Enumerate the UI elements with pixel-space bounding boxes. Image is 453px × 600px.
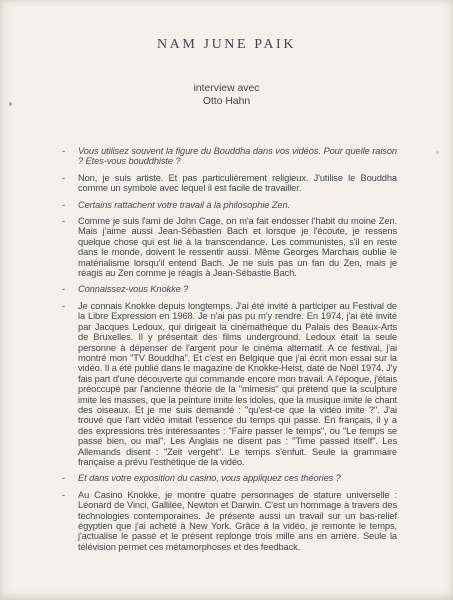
qa-question: - Certains rattachent votre travail à la…	[62, 200, 397, 210]
page-title: NAM JUNE PAIK	[0, 0, 453, 52]
subtitle-block: interview avec Otto Hahn	[0, 52, 453, 108]
qa-question-text: Connaissez-vous Knokke ?	[78, 284, 397, 294]
qa-answer: - Au Casino Knokke, je montre quatre per…	[62, 490, 397, 552]
qa-answer-text: Comme je suis l'ami de John Cage, on m'a…	[78, 216, 397, 278]
list-dash: -	[62, 216, 78, 278]
list-dash: -	[62, 301, 78, 468]
qa-answer: - Je connais Knokke depuis longtemps. J'…	[62, 301, 397, 468]
qa-question-text: Certains rattachent votre travail à la p…	[78, 200, 397, 210]
qa-answer-text: Non, je suis artiste. Et pas particulièr…	[78, 173, 397, 194]
qa-question: - Et dans votre exposition du casino, vo…	[62, 473, 397, 483]
qa-question-text: Et dans votre exposition du casino, vous…	[78, 473, 397, 483]
subtitle-author-name: Otto Hahn	[203, 96, 250, 107]
qa-question: - Connaissez-vous Knokke ?	[62, 284, 397, 294]
scanned-book-page: NAM JUNE PAIK interview avec Otto Hahn -…	[0, 0, 453, 600]
list-dash: -	[62, 473, 78, 483]
list-dash: -	[62, 490, 78, 552]
qa-answer: - Comme je suis l'ami de John Cage, on m…	[62, 216, 397, 278]
list-dash: -	[62, 173, 78, 194]
scan-dust-speck	[436, 151, 439, 154]
qa-answer-text: Au Casino Knokke, je montre quatre perso…	[78, 490, 397, 552]
list-dash: -	[62, 284, 78, 294]
interview-body: - Vous utilisez souvent la figure du Bou…	[62, 146, 397, 558]
page-header: NAM JUNE PAIK interview avec Otto Hahn	[0, 0, 453, 108]
qa-answer-text: Je connais Knokke depuis longtemps. J'ai…	[78, 301, 397, 468]
qa-answer: - Non, je suis artiste. Et pas particuli…	[62, 173, 397, 194]
qa-question-text: Vous utilisez souvent la figure du Boudd…	[78, 146, 397, 167]
list-dash: -	[62, 200, 78, 210]
qa-question: - Vous utilisez souvent la figure du Bou…	[62, 146, 397, 167]
list-dash: -	[62, 146, 78, 167]
subtitle-interview-avec: interview avec	[194, 83, 260, 94]
